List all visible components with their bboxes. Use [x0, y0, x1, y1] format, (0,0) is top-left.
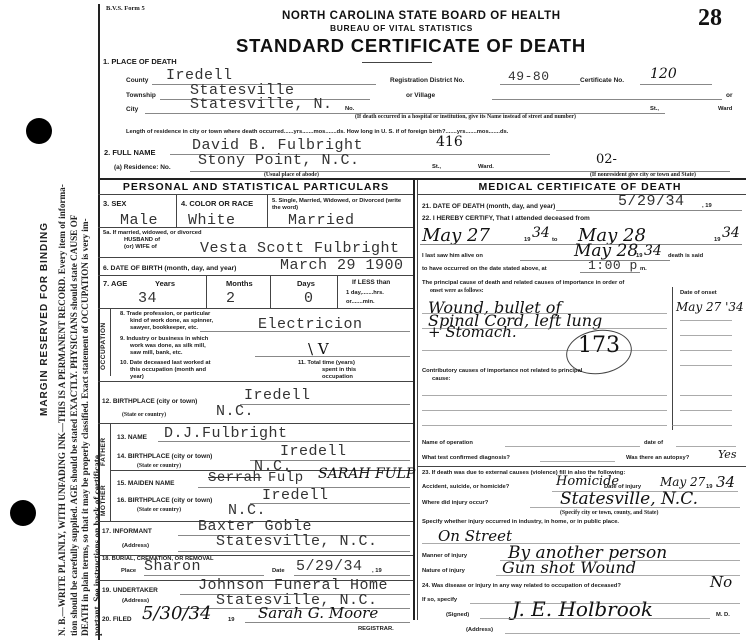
- residence-value: Stony Point, N.C.: [198, 152, 360, 169]
- to-year-prefix: 19: [714, 237, 720, 243]
- rule: [110, 308, 111, 376]
- title-rule: [362, 62, 432, 63]
- death-said-label: death is said: [668, 253, 703, 259]
- sex-label: 3. SEX: [103, 199, 126, 208]
- spouse-label-1: 5a. If married, widowed, or divorced: [103, 230, 202, 236]
- place-of-death-label: 1. PLACE OF DEATH: [103, 57, 177, 66]
- to-label: to: [552, 237, 557, 243]
- last-worked-label-2: this occupation (month and: [130, 367, 206, 373]
- last-worked-label-3: year): [130, 374, 144, 380]
- certificate-title: STANDARD CERTIFICATE OF DEATH: [236, 35, 586, 57]
- manner-label: Manner of injury: [422, 553, 467, 559]
- accident-label: Accident, suicide, or homicide?: [422, 484, 509, 490]
- injury-year-prefix: 19: [706, 484, 712, 490]
- spouse-label-3: (or) WIFE of: [124, 244, 157, 250]
- time-suffix: m.: [640, 266, 647, 272]
- form-id: B.V.S. Form 5: [106, 5, 145, 12]
- birth-state-label: (State or country): [122, 412, 166, 418]
- occupation-vertical-label: OCCUPATION: [100, 322, 107, 370]
- personal-section-title: PERSONAL AND STATISTICAL PARTICULARS: [100, 181, 412, 193]
- rule: [245, 622, 410, 623]
- days-label: Days: [297, 279, 315, 288]
- less-than-label: If LESS than: [352, 279, 390, 286]
- rule: [480, 618, 710, 619]
- rule: [98, 227, 413, 228]
- residence-ward-value: 02-: [596, 152, 617, 167]
- contributory-label-2: cause:: [432, 376, 450, 382]
- registrar-signature: Sarah G. Moore: [258, 604, 378, 622]
- injury-year-value: 34: [716, 473, 735, 491]
- certify-label: 22. I HEREBY CERTIFY, That I attended de…: [422, 215, 590, 222]
- rule: [206, 275, 207, 308]
- rule: [98, 275, 413, 276]
- father-birthplace-label: 14. BIRTHPLACE (city or town): [117, 453, 212, 460]
- rule: [144, 575, 264, 576]
- mother-maiden-label: 15. MAIDEN NAME: [117, 480, 174, 487]
- spouse-label-2: HUSBAND of: [124, 237, 160, 243]
- rule: [505, 633, 740, 634]
- mother-maiden-struck: Serrah: [208, 470, 261, 486]
- from-year-value: 34: [532, 225, 550, 241]
- full-name-annotation: 416: [436, 134, 463, 150]
- residence-ward-label: Ward.: [478, 164, 494, 170]
- nature-label: Nature of injury: [422, 568, 465, 574]
- rule: [580, 272, 640, 273]
- rule: [270, 275, 271, 308]
- rule: [176, 194, 177, 227]
- attended-from-value: May 27: [422, 225, 490, 246]
- cause-label-1: The principal cause of death and related…: [422, 280, 624, 286]
- total-time-label-2: spent in this: [322, 367, 356, 373]
- city-ward-label: Ward: [718, 106, 732, 112]
- dob-value: March 29 1900: [280, 257, 404, 274]
- race-label: 4. COLOR OR RACE: [181, 199, 253, 208]
- burial-year-suffix: , 19: [372, 568, 382, 574]
- mother-maiden-typed: Fulp: [268, 470, 304, 486]
- where-value: Statesville, N.C.: [560, 489, 698, 509]
- burial-place-value: Sharon: [144, 558, 201, 575]
- board-title: NORTH CAROLINA STATE BOARD OF HEALTH: [282, 10, 561, 22]
- burial-place-label: Place: [121, 568, 136, 574]
- burial-date-value: 5/29/34: [296, 558, 363, 575]
- residence-st-label: St.,: [432, 164, 441, 170]
- informant-address-label: (Address): [122, 543, 149, 549]
- total-time-label-1: 11. Total time (years): [298, 360, 355, 366]
- where-label: Where did injury occur?: [422, 500, 488, 506]
- operation-label: Name of operation: [422, 440, 473, 446]
- spouse-value: Vesta Scott Fulbright: [200, 240, 400, 257]
- day-hrs-label: 1 day,.......hrs.: [346, 290, 384, 296]
- rule: [417, 194, 746, 195]
- column-divider: [413, 180, 415, 620]
- contributory-label-1: Contributory causes of importance not re…: [422, 368, 582, 374]
- father-name-label: 13. NAME: [117, 434, 147, 441]
- rule: [496, 575, 740, 576]
- reg-district-value: 49-80: [508, 69, 550, 84]
- bureau-title: BUREAU OF VITAL STATISTICS: [330, 23, 473, 33]
- burial-date-label: Date: [272, 568, 285, 574]
- rule: [556, 210, 742, 211]
- mother-maiden-handwritten: SARAH FULP: [318, 466, 415, 482]
- days-value: 0: [304, 290, 314, 307]
- birth-state-value: N.C.: [216, 403, 254, 420]
- rule: [337, 275, 338, 308]
- rule: [530, 507, 740, 508]
- industry-label-2: work was done, as silk mill,: [130, 343, 206, 349]
- city-st-label: St.,: [650, 106, 659, 112]
- reg-district-label: Registration District No.: [390, 77, 464, 84]
- years-label: Years: [155, 279, 175, 288]
- binding-hole-top: [26, 118, 52, 144]
- rule: [422, 410, 667, 411]
- autopsy-label: Was there an autopsy?: [626, 455, 689, 461]
- dob-label: 6. DATE OF BIRTH (month, day, and year): [103, 265, 236, 272]
- rule: [540, 461, 615, 462]
- page-number: 28: [698, 5, 722, 32]
- rule: [680, 365, 732, 366]
- full-name-label: 2. FULL NAME: [104, 148, 156, 157]
- mother-state-value: N.C.: [228, 502, 266, 519]
- months-value: 2: [226, 290, 236, 307]
- village-line: [492, 99, 722, 100]
- hospital-note: (If death occurred in a hospital or inst…: [355, 114, 576, 120]
- time-value: 1:00 p: [588, 258, 638, 273]
- total-time-label-3: occupation: [322, 374, 353, 380]
- rule: [200, 331, 410, 332]
- to-year-value: 34: [722, 225, 740, 241]
- date-of-death-year-suffix: , 19: [702, 203, 712, 209]
- rule: [158, 441, 410, 442]
- stamp-number: 173: [578, 333, 620, 358]
- if-so-label: If so, specify: [422, 597, 457, 603]
- birthplace-label: 12. BIRTHPLACE (city or town): [102, 398, 197, 405]
- rule: [267, 194, 268, 227]
- certificate-no-label: Certificate No.: [580, 77, 624, 84]
- cause-line-3: + Stomach.: [428, 323, 517, 341]
- village-label: or Village: [406, 92, 435, 99]
- city-label: City: [126, 106, 138, 113]
- onset-date: May 27 '34: [676, 300, 744, 314]
- filed-date: 5/30/34: [142, 603, 211, 624]
- certificate-no-value: 120: [650, 66, 677, 82]
- filed-label: 20. FILED: [102, 616, 132, 623]
- father-vertical-label: FATHER: [100, 437, 107, 466]
- rule: [240, 404, 410, 405]
- industry-label-1: 9. Industry or business in which: [120, 336, 208, 342]
- rule: [98, 423, 413, 424]
- rule: [422, 395, 667, 396]
- rule: [422, 425, 667, 426]
- rule: [680, 350, 732, 351]
- column-divider-inner: [417, 180, 418, 620]
- marital-label: 5. Single, Married, Widowed, or Divorced…: [272, 198, 410, 212]
- onset-label: Date of onset: [680, 290, 717, 296]
- occurred-label: to have occurred on the date stated abov…: [422, 266, 547, 272]
- rule: [294, 575, 410, 576]
- margin-instructions: N. B.—WRITE PLAINLY, WITH UNFADING INK—T…: [57, 184, 103, 636]
- age-label: 7. AGE: [103, 279, 127, 288]
- rule: [98, 194, 413, 195]
- rule: [98, 381, 413, 382]
- rule: [505, 446, 640, 447]
- industry-label-3: saw mill, bank, etc.: [130, 350, 183, 356]
- rule: [672, 425, 732, 426]
- from-year-prefix: 19: [524, 237, 530, 243]
- informant-label: 17. INFORMANT: [102, 528, 152, 535]
- cause-label-2: onset were as follows:: [430, 288, 484, 294]
- where-note: (Specify city or town, county, and State…: [560, 510, 658, 516]
- undertaker-label: 19. UNDERTAKER: [102, 587, 158, 594]
- informant-address-value: Statesville, N.C.: [216, 533, 378, 550]
- diagnosis-label: What test confirmed diagnosis?: [422, 455, 510, 461]
- physician-address-label: (Address): [466, 627, 493, 633]
- mother-state-label: (State or country): [137, 507, 181, 513]
- or-min-label: or.......min.: [346, 299, 375, 305]
- or-label: or: [726, 92, 733, 99]
- signed-label: (Signed): [446, 612, 469, 618]
- last-worked-label-1: 10. Date deceased last worked at: [120, 360, 211, 366]
- mother-vertical-label: MOTHER: [100, 485, 107, 516]
- md-label: M. D.: [716, 612, 730, 618]
- trade-label-3: sawyer, bookkeeper, etc.: [130, 325, 198, 331]
- injury-date-value: May 27: [660, 475, 705, 489]
- rule: [680, 410, 732, 411]
- rule: [178, 551, 410, 552]
- city-value: Statesville, N.: [190, 96, 333, 113]
- township-label: Township: [126, 92, 156, 99]
- binding-hole-bottom: [10, 500, 36, 526]
- certificate-no-line: [640, 84, 712, 85]
- medical-section-title: MEDICAL CERTIFICATE OF DEATH: [420, 181, 740, 193]
- last-saw-year-value: 34: [644, 243, 662, 259]
- rule: [417, 466, 746, 467]
- father-state-label: (State or country): [137, 463, 181, 469]
- occupation-related-value: No: [710, 573, 732, 591]
- last-saw-label: I last saw him alive on: [422, 253, 483, 259]
- rule: [680, 335, 732, 336]
- date-of-death-label: 21. DATE OF DEATH (month, day, and year): [422, 203, 555, 210]
- date-of-death-value: 5/29/34: [618, 193, 685, 210]
- rule: [98, 308, 413, 309]
- rule: [680, 395, 732, 396]
- autopsy-value: Yes: [718, 448, 736, 461]
- filed-year: 19: [228, 617, 234, 623]
- mother-birthplace-value: Iredell: [262, 487, 329, 504]
- city-no-label: No.: [345, 106, 354, 112]
- father-name-value: D.J.Fulbright: [164, 425, 288, 442]
- county-label: County: [126, 77, 148, 84]
- margin-binding-title: MARGIN RESERVED FOR BINDING: [39, 222, 50, 416]
- months-label: Months: [226, 279, 253, 288]
- mother-birthplace-label: 16. BIRTHPLACE (city or town): [117, 497, 212, 504]
- reg-district-line: [500, 84, 580, 85]
- occupation-related-label: 24. Was disease or injury in any way rel…: [422, 583, 621, 589]
- rule: [110, 423, 111, 521]
- rule: [255, 356, 410, 357]
- specify-label: Specify whether injury occurred in indus…: [422, 519, 619, 525]
- rule: [680, 320, 732, 321]
- section-divider-top: [98, 178, 746, 180]
- residence-label: (a) Residence: No.: [114, 164, 171, 171]
- operation-date-label: date of: [644, 440, 663, 446]
- birthplace-value: Iredell: [244, 387, 311, 404]
- rule: [250, 503, 410, 504]
- rule: [676, 446, 736, 447]
- rule: [672, 287, 673, 430]
- trade-label-2: kind of work done, as spinner,: [130, 318, 213, 324]
- registrar-label: REGISTRAR.: [358, 626, 394, 632]
- years-value: 34: [138, 290, 157, 307]
- trade-label-1: 8. Trade profession, or particular: [120, 311, 210, 317]
